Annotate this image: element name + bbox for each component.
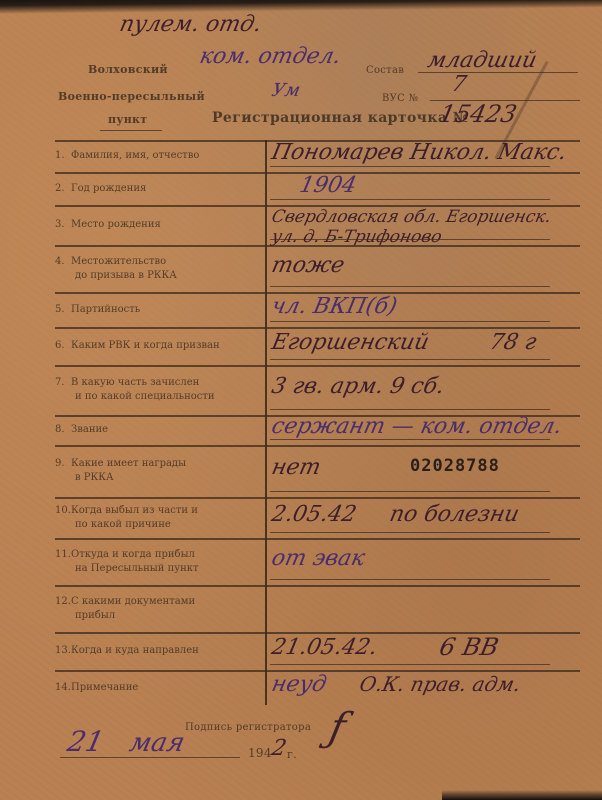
row-label-text: Год рождения [71,183,146,194]
row-label-text-line2: по какой причине [55,518,265,532]
card-number: 15423 [437,100,519,128]
row-label-text: Какие имеет награды [71,458,186,469]
year-prefix: 194 [248,746,272,760]
card-title: Регистрационная карточка № [212,110,468,126]
row-label-text-line2: и по какой специальности [55,390,265,404]
row-number: 1. [55,149,71,163]
row-label-text: Когда и куда направлен [71,645,199,656]
value-underline [270,579,550,580]
row-value-3: Свердловская обл. Егоршенск. [270,207,553,227]
value-underline [270,664,550,665]
row-label-text: Партийность [71,304,140,315]
row-label-text: Место рождения [71,219,161,230]
row-border [55,365,580,367]
row-number: 9. [55,457,71,471]
value-underline [270,409,550,410]
row-value-11: от эвак [269,546,367,571]
stamp-serial-number: 02028788 [410,456,500,476]
value-underline [270,166,550,167]
row-label-text-line2: в РККА [55,471,265,485]
row-number: 11. [55,548,71,562]
row-value-7: 3 гв. арм. 9 сб. [269,374,446,399]
row-number: 12. [55,595,71,609]
value-underline [270,321,550,322]
row-label-text: Звание [71,424,108,435]
row-label-8: 8.Звание [55,423,265,437]
row-value-1: Пономарев Никол. Макс. [269,140,569,165]
row-border [55,327,580,329]
row-label-text: Каким РВК и когда призван [71,340,220,351]
row-value-14: неуд [269,672,329,697]
row-label-text: Примечание [71,682,138,693]
row-number: 3. [55,218,71,232]
row-label-13: 13.Когда и куда направлен [55,644,265,658]
row-number: 14. [55,681,71,695]
row-label-text: Фамилия, имя, отчество [71,150,199,161]
composition-value: младший [425,48,539,73]
row-value-13: 21.05.42. [269,635,379,660]
value-underline [270,359,550,360]
composition-underline [418,72,578,73]
row-label-text-line2: до призыва в РККА [55,269,265,283]
value-underline [270,239,550,240]
row-label-12: 12.С какими документамиприбыл [55,595,265,623]
date-month: мая [127,728,188,758]
row-number: 2. [55,182,71,196]
annotation-line1: пулем. отд. [117,12,264,37]
row-value-3-part2: ул. д. Б-Трифоново [270,227,444,247]
vus-label: ВУС № [382,93,418,104]
row-border [55,538,580,540]
row-value-10: 2.05.42 [269,502,358,527]
row-label-11: 11.Откуда и когда прибылна Пересыльный п… [55,548,265,576]
value-underline [270,439,550,440]
row-label-text: С какими документами [71,596,195,607]
row-number: 13. [55,644,71,658]
row-value-8: сержант — ком. отдел. [269,414,564,439]
annotation-line2: ком. отдел. [197,44,343,69]
row-label-text-line2: прибыл [55,609,265,623]
row-label-text-line2: на Пересыльный пункт [55,562,265,576]
row-value-6-part2: 78 г [487,330,538,355]
row-value-13-part2: 6 ВВ [437,633,501,661]
row-number: 5. [55,303,71,317]
row-label-6: 6.Каким РВК и когда призван [55,339,265,353]
org-line1: Волховский [88,63,168,76]
org-line2: Военно-пересыльный [58,90,205,103]
row-label-text: Откуда и когда прибыл [71,549,195,560]
row-value-6: Егоршенский [269,330,431,355]
date-underline [60,757,240,758]
annotation-line3: Ум [270,80,302,101]
signature-label: Подпись регистратора [185,722,311,733]
row-label-4: 4.Местожительстводо призыва в РККА [55,255,265,283]
row-number: 7. [55,376,71,390]
row-label-5: 5.Партийность [55,303,265,317]
row-label-text: Местожительство [71,256,166,267]
row-border [55,445,580,447]
composition-label: Состав [366,65,404,76]
row-label-2: 2.Год рождения [55,182,265,196]
row-value-4: тоже [269,253,346,278]
org-underline [100,130,162,131]
row-label-7: 7.В какую часть зачислени по какой специ… [55,376,265,404]
value-underline [270,199,550,200]
row-value-2: 1904 [297,173,358,198]
row-number: 8. [55,423,71,437]
row-label-14: 14.Примечание [55,681,265,695]
table-column-divider [265,140,267,705]
row-label-9: 9.Какие имеет наградыв РККА [55,457,265,485]
row-border [55,497,580,499]
row-label-text: Когда выбыл из части и [71,505,198,516]
row-value-14-part2: О.К. прав. адм. [357,672,523,696]
row-label-1: 1.Фамилия, имя, отчество [55,149,265,163]
row-value-9: нет [269,455,323,480]
row-label-text: В какую часть зачислен [71,377,199,388]
date-day: 21 [64,725,107,758]
row-label-3: 3.Место рождения [55,218,265,232]
row-label-10: 10.Когда выбыл из части ипо какой причин… [55,504,265,532]
row-value-5: чл. ВКП(б) [269,294,399,319]
row-number: 6. [55,339,71,353]
value-underline [270,286,550,287]
row-number: 10. [55,504,71,518]
row-border [55,585,580,587]
year-unit: г. [287,748,297,761]
row-number: 4. [55,255,71,269]
scan-edge-bottom [442,790,602,800]
value-underline [270,491,550,492]
value-underline [270,532,550,533]
org-line3: пункт [108,113,147,126]
row-value-10-part2: по болезни [387,502,521,527]
